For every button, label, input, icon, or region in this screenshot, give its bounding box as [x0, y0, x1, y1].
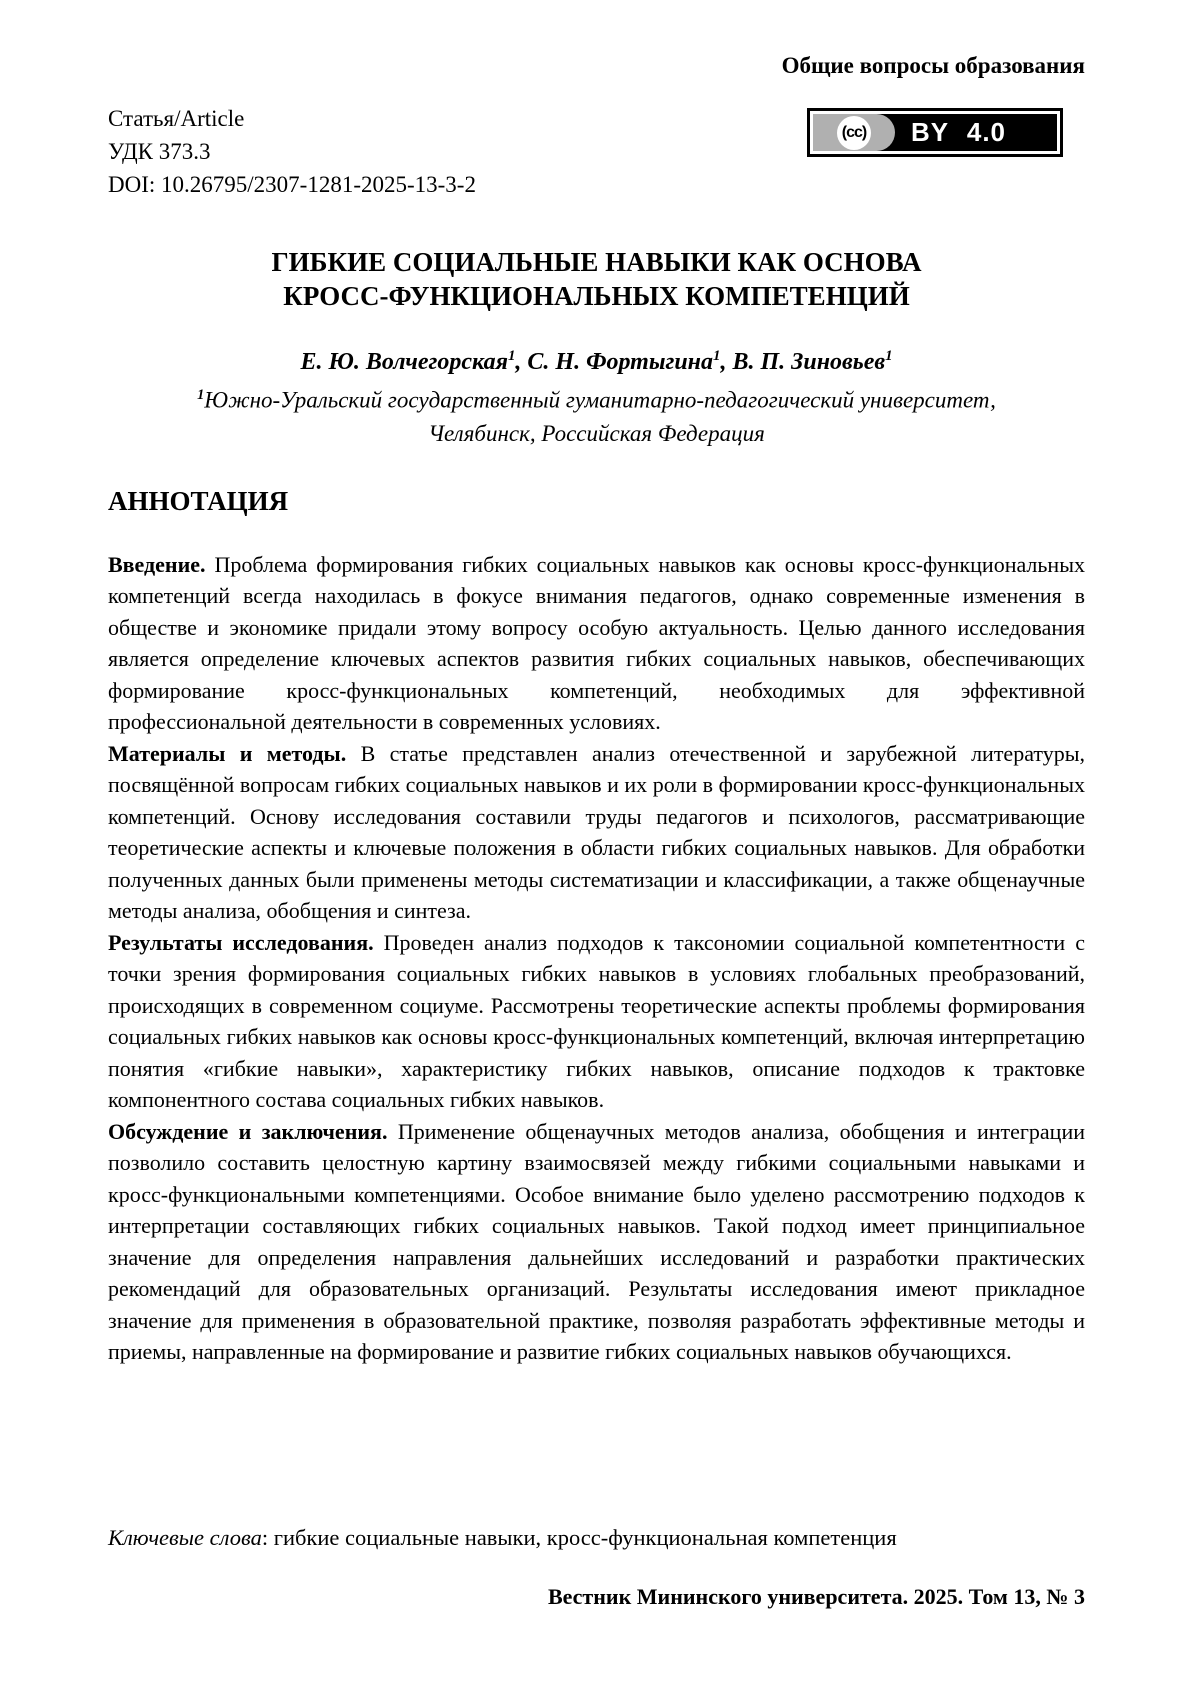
- cc-badge-label: BY 4.0: [911, 117, 1006, 148]
- abstract-section-label: Материалы и методы.: [108, 741, 346, 766]
- article-title-line-2: КРОСС-ФУНКЦИОНАЛЬНЫХ КОМПЕТЕНЦИЙ: [108, 279, 1085, 313]
- abstract-section-introduction: Введение. Проблема формирования гибких с…: [108, 549, 1085, 738]
- cc-logo-panel: (cc): [813, 114, 895, 151]
- journal-footer: Вестник Мининского университета. 2025. Т…: [548, 1583, 1085, 1611]
- author-separator: ,: [515, 349, 527, 375]
- cc-badge-body: (cc) BY 4.0: [813, 114, 1057, 151]
- abstract-body: Введение. Проблема формирования гибких с…: [108, 549, 1085, 1368]
- cc-by-license-badge: (cc) BY 4.0: [807, 108, 1063, 157]
- authors-line: Е. Ю. Волчегорская1, С. Н. Фортыгина1, В…: [108, 339, 1085, 379]
- author-affiliation-superscript: 1: [885, 348, 892, 364]
- keywords-text: : гибкие социальные навыки, кросс-функци…: [262, 1525, 897, 1550]
- abstract-section-text: В статье представлен анализ отечественно…: [108, 741, 1085, 924]
- abstract-heading: АННОТАЦИЯ: [108, 484, 1085, 518]
- cc-icon: (cc): [837, 116, 871, 150]
- abstract-section-materials-methods: Материалы и методы. В статье представлен…: [108, 738, 1085, 927]
- affiliation: 1Южно-Уральский государственный гуманита…: [108, 379, 1085, 450]
- keywords-label: Ключевые слова: [108, 1525, 262, 1550]
- article-title-line-1: ГИБКИЕ СОЦИАЛЬНЫЕ НАВЫКИ КАК ОСНОВА: [108, 245, 1085, 279]
- author-name: В. П. Зиновьев: [732, 349, 885, 375]
- doi: DOI: 10.26795/2307-1281-2025-13-3-2: [108, 168, 1085, 201]
- abstract-section-label: Введение.: [108, 552, 206, 577]
- abstract-section-label: Результаты исследования.: [108, 930, 374, 955]
- author-name: Е. Ю. Волчегорская: [300, 349, 507, 375]
- affiliation-university: Южно-Уральский государственный гуманитар…: [204, 388, 996, 413]
- abstract-section-text: Проблема формирования гибких социальных …: [108, 552, 1085, 735]
- author-separator: ,: [720, 349, 732, 375]
- article-page: Общие вопросы образования Статья/Article…: [0, 0, 1200, 1697]
- journal-section-label: Общие вопросы образования: [108, 52, 1085, 80]
- abstract-section-discussion-conclusions: Обсуждение и заключения. Применение обще…: [108, 1116, 1085, 1368]
- article-title: ГИБКИЕ СОЦИАЛЬНЫЕ НАВЫКИ КАК ОСНОВА КРОС…: [108, 245, 1085, 313]
- abstract-section-text: Проведен анализ подходов к таксономии со…: [108, 930, 1085, 1113]
- author-name: С. Н. Фортыгина: [527, 349, 713, 375]
- keywords-line: Ключевые слова: гибкие социальные навыки…: [108, 1522, 897, 1553]
- abstract-section-label: Обсуждение и заключения.: [108, 1119, 387, 1144]
- abstract-section-results: Результаты исследования. Проведен анализ…: [108, 927, 1085, 1116]
- cc-badge-frame: (cc) BY 4.0: [810, 111, 1060, 154]
- affiliation-line-2: Челябинск, Российская Федерация: [108, 417, 1085, 450]
- abstract-section-text: Применение общенаучных методов анализа, …: [108, 1119, 1085, 1365]
- article-meta-block: Статья/Article УДК 373.3 DOI: 10.26795/2…: [108, 102, 1085, 201]
- affiliation-line-1: 1Южно-Уральский государственный гуманита…: [108, 379, 1085, 417]
